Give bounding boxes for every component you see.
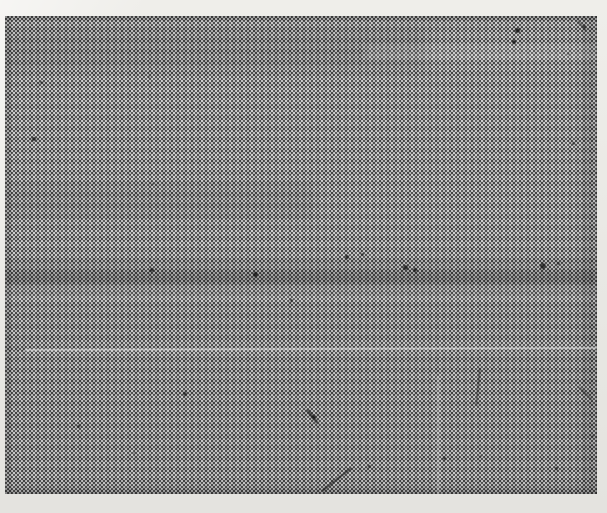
dust-speck — [77, 425, 80, 428]
vertical-light-line — [437, 376, 439, 494]
dust-speck — [152, 183, 154, 185]
dust-speck — [32, 137, 36, 141]
dust-speck — [540, 263, 546, 269]
dust-speck — [592, 435, 594, 437]
dust-speck — [40, 81, 43, 84]
seam-band-core — [5, 274, 597, 281]
dust-speck — [512, 40, 516, 44]
dust-speck — [290, 299, 293, 302]
below-seam-light — [5, 288, 597, 300]
dust-speck — [555, 467, 558, 470]
top-right-diag-mark — [577, 20, 586, 30]
bottom-edge-shadow — [5, 485, 597, 494]
dust-speck — [533, 110, 535, 112]
white-horizontal-scratch — [25, 347, 597, 351]
dust-speck — [515, 28, 520, 33]
dust-speck — [150, 268, 154, 272]
dust-speck — [133, 452, 135, 454]
seam-band-wide — [5, 260, 597, 294]
left-mid-smudge — [5, 184, 315, 218]
halftone-photo — [5, 16, 597, 494]
left-edge-shadow — [5, 16, 11, 494]
dust-speck — [253, 272, 258, 277]
dust-speck — [480, 455, 482, 457]
dust-speck — [361, 253, 364, 256]
dust-speck — [403, 265, 408, 270]
dust-speck — [413, 268, 417, 272]
dust-speck — [148, 76, 150, 78]
right-edge-shadow — [582, 16, 597, 494]
dust-speck — [557, 262, 560, 265]
corner-diag-mark — [578, 386, 592, 400]
top-edge-shadow — [5, 16, 597, 21]
scanned-page — [0, 0, 607, 513]
dust-speck — [567, 53, 569, 55]
top-right-light-streak — [365, 46, 597, 60]
dust-speck — [345, 255, 349, 259]
dust-speck — [443, 457, 446, 460]
top-smudge-band — [5, 28, 425, 70]
hook-mark — [306, 408, 318, 423]
diagonal-dark-scratch — [321, 467, 351, 491]
dust-speck — [368, 465, 371, 468]
lower-half-tint — [5, 304, 597, 494]
dust-speck — [583, 25, 586, 28]
dust-speck — [312, 415, 316, 419]
dust-speck — [183, 392, 187, 396]
dust-speck — [572, 142, 575, 145]
vertical-dark-scratch — [475, 368, 481, 406]
